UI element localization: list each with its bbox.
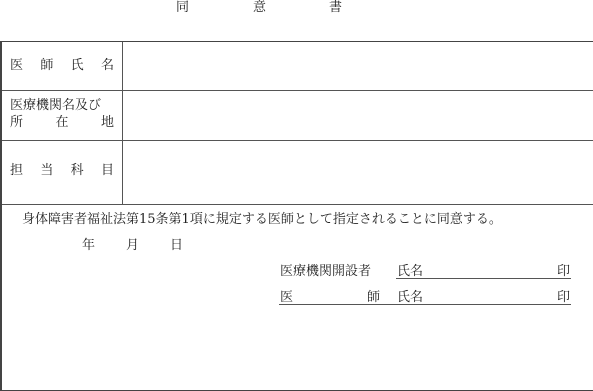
field-label-department: 担 当 科 目: [10, 163, 114, 179]
field-label-address: 所 在 地: [10, 115, 114, 131]
field-row-department: 担 当 科 目: [2, 141, 593, 205]
field-label-cell: 医 師 氏 名: [2, 42, 123, 90]
field-row-institution: 医療機関名及び 所 在 地: [2, 91, 593, 141]
field-label-cell: 担 当 科 目: [2, 141, 123, 204]
department-field[interactable]: [123, 141, 593, 204]
institution-address-field[interactable]: [123, 91, 593, 140]
title-char: 意: [253, 0, 266, 16]
date-month-label: 月: [126, 238, 139, 254]
field-label-cell: 医療機関名及び 所 在 地: [2, 91, 123, 140]
consent-statement: 身体障害者福祉法第15条第1項に規定する医師として指定されることに同意する。: [22, 212, 502, 228]
date-day-label: 日: [170, 238, 183, 254]
field-row-doctor-name: 医 師 氏 名: [2, 42, 593, 91]
title-char: 同: [176, 0, 189, 16]
founder-role-label: 医療機関開設者: [280, 264, 371, 280]
field-label-doctor-name: 医 師 氏 名: [10, 58, 114, 74]
doctor-name-field[interactable]: [123, 42, 593, 90]
field-label-institution: 医療機関名及び: [10, 98, 114, 114]
document-title: 同 意 書: [0, 0, 593, 16]
doctor-signature-underline: [279, 304, 571, 305]
date-year-label: 年: [82, 238, 95, 254]
title-char: 書: [329, 0, 342, 16]
founder-name-underline: [396, 278, 571, 279]
